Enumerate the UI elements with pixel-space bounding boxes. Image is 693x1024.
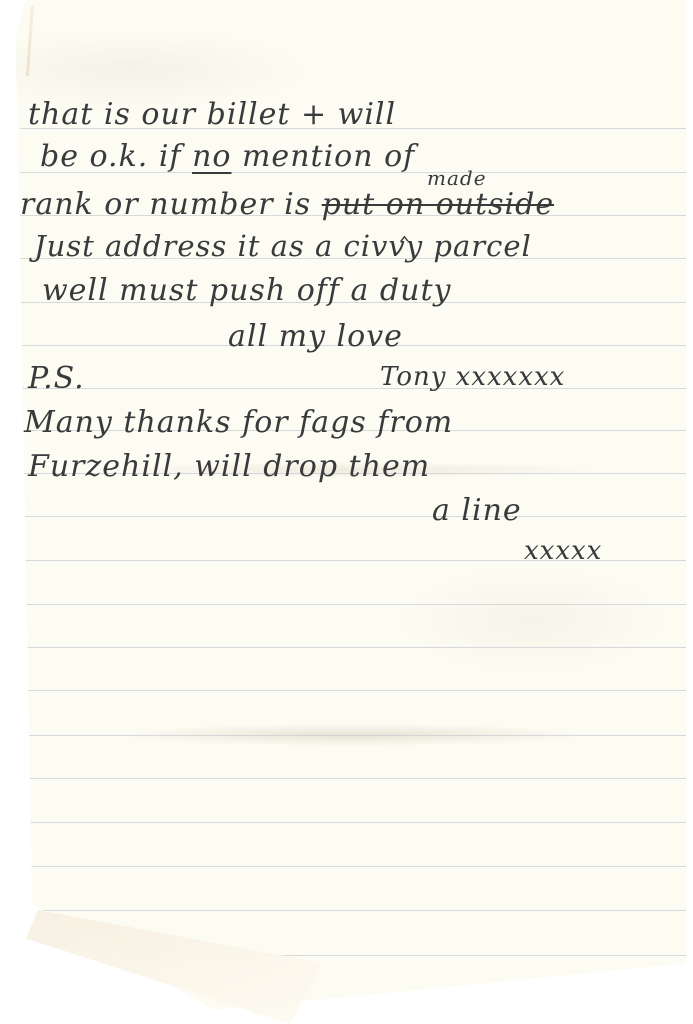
postscript-line-2: Furzehill, will drop them [28,452,430,482]
letter-line-2: be o.k. if no mention of [40,142,415,172]
letter-line-5: well must push off a duty [42,276,451,306]
signature: Tony xxxxxxx [380,364,565,390]
struck-text: put on outside [322,187,554,222]
closing-line: all my love [228,322,403,352]
letter-line-1: that is our billet + will [28,100,396,130]
ruled-line [20,516,686,517]
ruled-line [20,778,686,779]
letter-line-4: Just address it as a civvy parcel [34,232,532,261]
ruled-line [20,690,686,691]
letter-line-3: rank or number is put on outside [20,190,554,220]
ruled-line [20,647,686,648]
line-3-before: rank or number is [20,187,322,222]
ruled-line [20,735,686,736]
postscript-label: P.S. [28,364,85,394]
inserted-word: made [427,168,487,188]
ruled-line [20,910,686,911]
ruled-line [20,822,686,823]
postscript-line-3: a line [432,496,522,526]
ruled-line [20,866,686,867]
line-2-after: mention of [231,139,415,174]
letter-paper: that is our billet + will be o.k. if no … [12,0,686,1010]
underlined-word: no [192,139,231,174]
paper-tear-edge [26,6,34,76]
ruled-line [20,604,686,605]
postscript-line-1: Many thanks for fags from [24,408,453,438]
line-2-before: be o.k. if [40,139,192,174]
postscript-kisses: xxxxx [524,538,602,564]
ruled-line [20,388,686,389]
